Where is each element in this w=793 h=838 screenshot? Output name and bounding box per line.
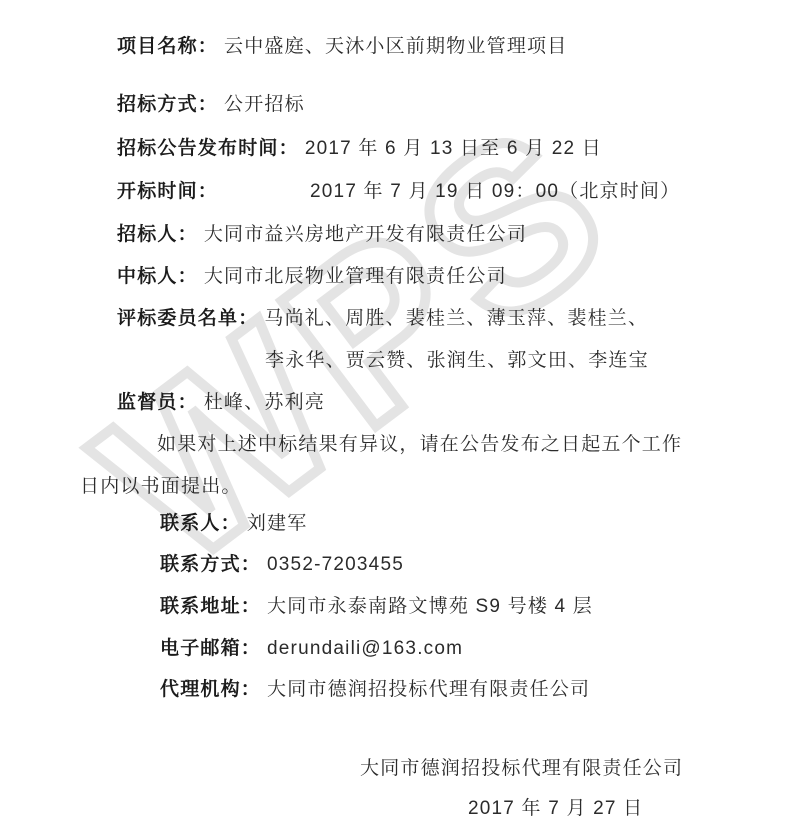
field-value: 刘建军 bbox=[247, 513, 308, 534]
field-label: 监督员： bbox=[117, 392, 198, 413]
field-supervisors: 监督员：杜峰、苏利亮 bbox=[117, 390, 325, 416]
field-value: 公开招标 bbox=[224, 94, 305, 115]
field-label: 代理机构： bbox=[160, 679, 261, 700]
field-value: 杜峰、苏利亮 bbox=[204, 392, 325, 413]
field-label: 招标人： bbox=[117, 224, 198, 245]
paragraph-text: 日内以书面提出。 bbox=[80, 476, 242, 497]
field-agency: 代理机构：大同市德润招投标代理有限责任公司 bbox=[160, 677, 590, 703]
field-value: 云中盛庭、天沐小区前期物业管理项目 bbox=[224, 36, 567, 57]
field-label: 招标公告发布时间： bbox=[117, 138, 299, 159]
field-label: 联系地址： bbox=[160, 596, 261, 617]
field-label: 项目名称： bbox=[117, 36, 218, 57]
field-label: 联系方式： bbox=[160, 554, 261, 575]
field-evaluation-committee-continued: 李永华、贾云赞、张润生、郭文田、李连宝 bbox=[265, 348, 649, 374]
field-value: 2017 年 7 月 19 日 09：00（北京时间） bbox=[310, 181, 680, 202]
field-value: 李永华、贾云赞、张润生、郭文田、李连宝 bbox=[265, 350, 649, 371]
signature-date-text: 2017 年 7 月 27 日 bbox=[468, 798, 643, 819]
field-label: 联系人： bbox=[160, 513, 241, 534]
field-label: 招标方式： bbox=[117, 94, 218, 115]
field-value: derundaili@163.com bbox=[267, 638, 463, 659]
field-tenderee: 招标人：大同市益兴房地产开发有限责任公司 bbox=[117, 222, 527, 248]
field-value: 大同市益兴房地产开发有限责任公司 bbox=[204, 224, 527, 245]
field-bid-opening-time: 开标时间：2017 年 7 月 19 日 09：00（北京时间） bbox=[117, 179, 680, 205]
field-value: 2017 年 6 月 13 日至 6 月 22 日 bbox=[305, 138, 602, 159]
objection-notice-line2: 日内以书面提出。 bbox=[80, 474, 242, 500]
field-winning-bidder: 中标人：大同市北辰物业管理有限责任公司 bbox=[117, 264, 507, 290]
signature-company-text: 大同市德润招投标代理有限责任公司 bbox=[360, 758, 683, 779]
document-page: WPS 项目名称：云中盛庭、天沐小区前期物业管理项目 招标方式：公开招标 招标公… bbox=[0, 0, 793, 838]
field-value: 大同市德润招投标代理有限责任公司 bbox=[267, 679, 590, 700]
field-project-name: 项目名称：云中盛庭、天沐小区前期物业管理项目 bbox=[117, 34, 567, 60]
field-evaluation-committee: 评标委员名单：马尚礼、周胜、裴桂兰、薄玉萍、裴桂兰、 bbox=[117, 306, 648, 332]
field-bid-method: 招标方式：公开招标 bbox=[117, 92, 305, 118]
field-contact-method: 联系方式：0352-7203455 bbox=[160, 552, 404, 578]
paragraph-text: 如果对上述中标结果有异议，请在公告发布之日起五个工作 bbox=[157, 434, 682, 455]
objection-notice-line1: 如果对上述中标结果有异议，请在公告发布之日起五个工作 bbox=[157, 432, 682, 458]
field-label: 中标人： bbox=[117, 266, 198, 287]
field-value: 大同市永泰南路文博苑 S9 号楼 4 层 bbox=[267, 596, 593, 617]
field-value: 0352-7203455 bbox=[267, 554, 404, 575]
field-announcement-period: 招标公告发布时间：2017 年 6 月 13 日至 6 月 22 日 bbox=[117, 136, 602, 162]
field-contact-person: 联系人：刘建军 bbox=[160, 511, 307, 537]
field-email: 电子邮箱：derundaili@163.com bbox=[160, 636, 463, 662]
field-label: 评标委员名单： bbox=[117, 308, 258, 329]
field-label: 电子邮箱： bbox=[160, 638, 261, 659]
field-value: 大同市北辰物业管理有限责任公司 bbox=[204, 266, 507, 287]
field-value: 马尚礼、周胜、裴桂兰、薄玉萍、裴桂兰、 bbox=[264, 308, 648, 329]
signature-company: 大同市德润招投标代理有限责任公司 bbox=[360, 756, 683, 782]
field-label: 开标时间： bbox=[117, 181, 218, 202]
field-contact-address: 联系地址：大同市永泰南路文博苑 S9 号楼 4 层 bbox=[160, 594, 593, 620]
signature-date: 2017 年 7 月 27 日 bbox=[468, 796, 643, 822]
